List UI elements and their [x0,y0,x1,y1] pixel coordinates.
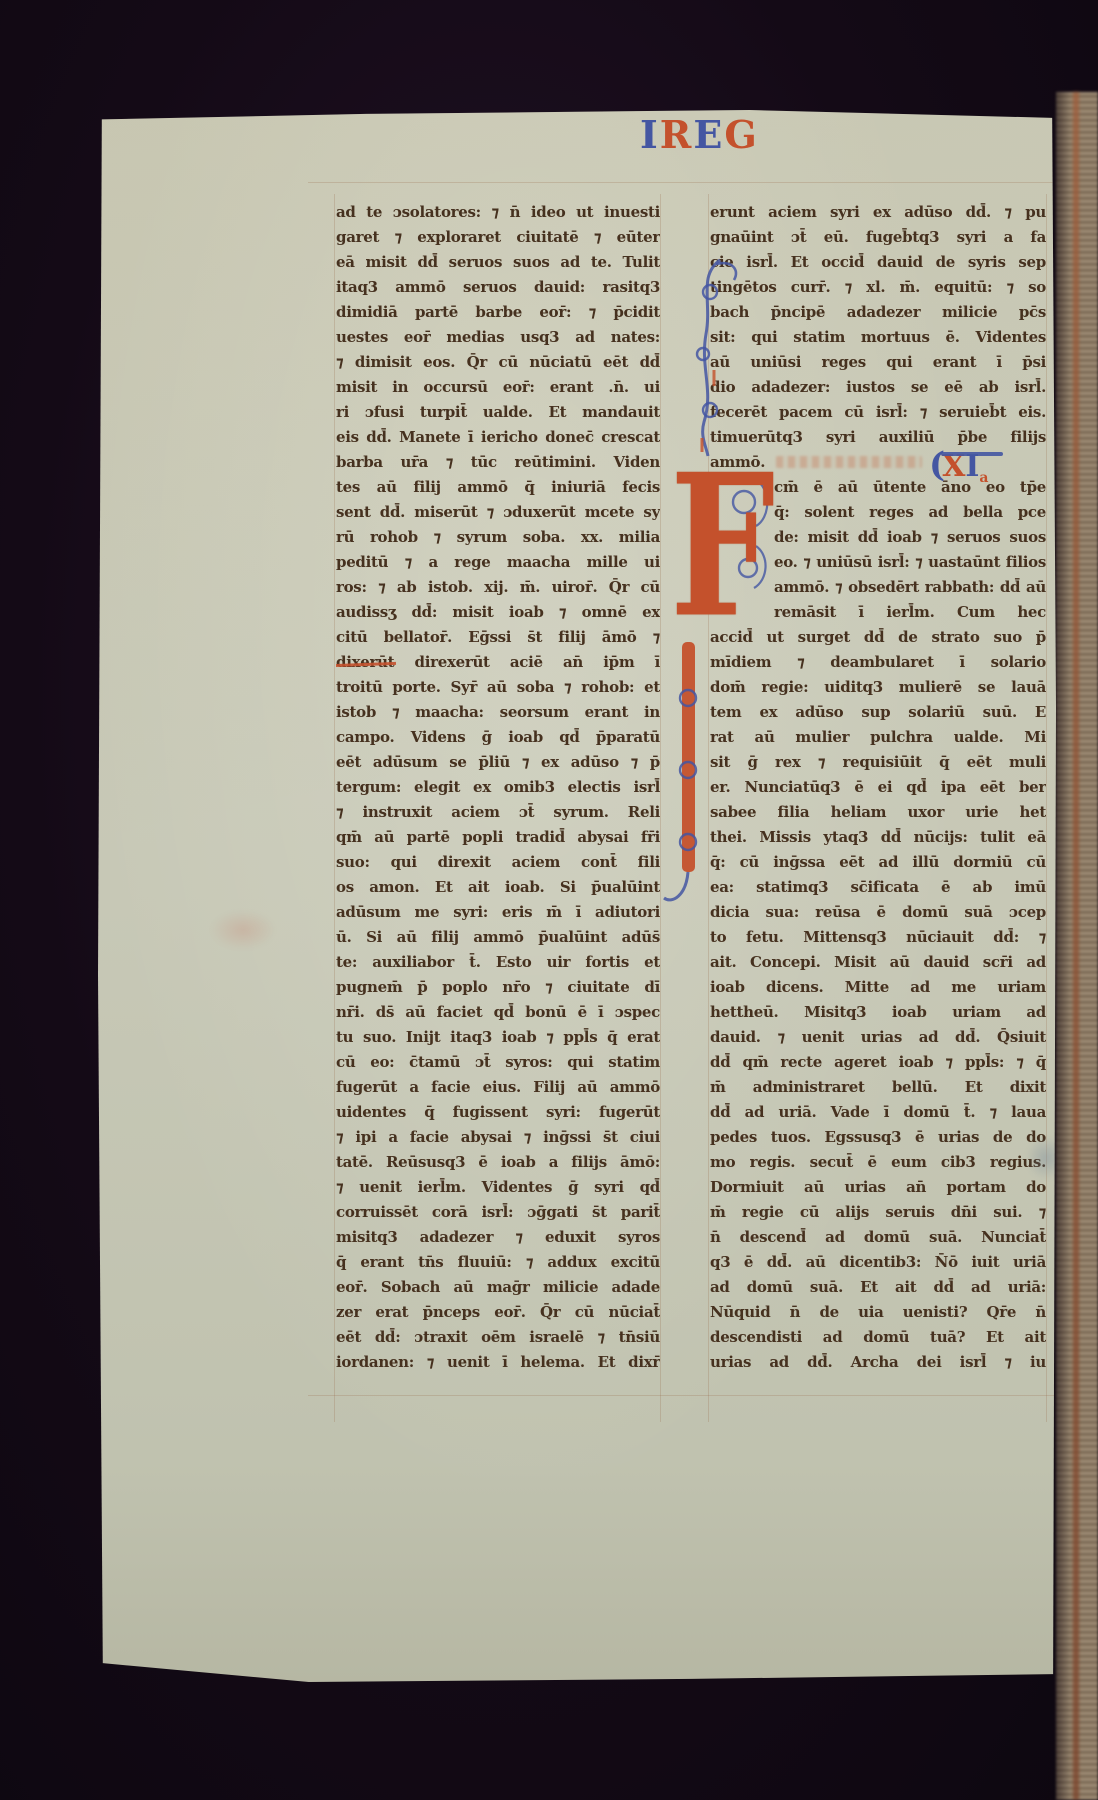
text-line: qm̄ aū partē popli tradid̄ abysai fr̄i [336,825,660,850]
text-line: m̄ regie cū alijs seruis dn̄i sui. ⁊ [710,1200,1046,1225]
chapter-numeral-x: X [942,449,965,484]
text-line: Dormiuit aū urias an̄ portam do [710,1175,1046,1200]
chapter-numeral-i: I [965,449,979,484]
text-line: mo regis. secut̄ ē eum cib3 regius. [710,1150,1046,1175]
text-line: barba ur̄a ⁊ tūc reūtimini. Viden [336,450,660,475]
text-line: pedes tuos. Egssusq3 ē urias de do [710,1125,1046,1150]
text-line: nr̄i. ds̄ aū faciet qd̄ bonū ē ī ɔspec [336,1000,660,1025]
text-line: ⁊ dimisit eos. Q̄r cū nūciatū eēt dd̄ [336,350,660,375]
text-line: ri ɔfusi turpit̄ ualde. Et mandauit [336,400,660,425]
bookmark-ribbon [1073,92,1079,1800]
text-line: zer erat p̄nceps eor̄. Q̄r cū nūciat̄ [336,1300,660,1325]
text-line: n̄ descend̄ ad domū suā. Nunciat̄ [710,1225,1046,1250]
text-line: os amon. Et ait ioab. Si p̄ualūint [336,875,660,900]
ruling-line [1046,194,1047,1422]
text-line: tatē. Reūsusq3 ē ioab a filijs āmō: [336,1150,660,1175]
text-line: pugnem̄ p̄ poplo nr̄o ⁊ ciuitate dī [336,975,660,1000]
running-title: IREG [640,116,759,154]
text-line: eis dd̄. Manete ī iericho donec̄ crescat [336,425,660,450]
text-line: rū rohob ⁊ syrum soba. xx. milia [336,525,660,550]
text-line: dd̄ ad uriā. Vade ī domū t̄. ⁊ laua [710,1100,1046,1125]
text-line: dauid. ⁊ uenit urias ad dd̄. Q̄siuit [710,1025,1046,1050]
text-line: garet ⁊ exploraret ciuitatē ⁊ eūter [336,225,660,250]
text-line: ⁊ uenit ierl̄m. Videntes ḡ syri qd̄ [336,1175,660,1200]
running-title-letter: R [660,112,694,157]
ruling-line [308,1395,1068,1396]
text-line: citū bellator̄. Eḡssi s̄t filij āmō ⁊ [336,625,660,650]
chapter-number-marker: (XIa [929,448,989,485]
text-line: misitq3 adadezer ⁊ eduxit syros [336,1225,660,1250]
text-line: fugerūt a facie eius. Filij aū ammō [336,1075,660,1100]
text-line: ad te ɔsolatores: ⁊ n̄ ideo ut inuesti [336,200,660,225]
text-line: gnaūint ɔt̄ eū. fugeb̄tq3 syri a fa [710,225,1046,250]
text-line: ⁊ instruxit aciem ɔt̄ syrum. Reli [336,800,660,825]
text-line: m̄ administraret bellū. Et dixit [710,1075,1046,1100]
text-line: dd̄ qm̄ recte ageret ioab ⁊ ppl̄s: ⁊ q̄ [710,1050,1046,1075]
ruling-line [334,194,335,1422]
text-line: istob ⁊ maacha: seorsum erant in [336,700,660,725]
text-line: ū. Si aū filij ammō p̄ualūint adūs̄ [336,925,660,950]
text-line: misit in occursū eor̄: erant .n̄. ui [336,375,660,400]
text-line: tu suo. Inijt itaq3 ioab ⁊ ppl̄s q̄ erat [336,1025,660,1050]
text-line: tergum: elegit ex omib3 electis isrl̄ [336,775,660,800]
numeral-flourish: a [979,470,988,486]
text-line: corruissēt corā isrl̄: ɔḡgati s̄t parit̄ [336,1200,660,1225]
running-title-letter: G [724,112,758,157]
text-line: adūsum me syri: eris m̄ ī adiutori [336,900,660,925]
text-column-left: ad te ɔsolatores: ⁊ n̄ ideo ut inuestiga… [336,200,660,1375]
text-line: urias ad dd̄. Archa dei isrl̄ ⁊ iu [710,1350,1046,1375]
ruling-line [308,182,1068,183]
text-line: eēt adūsum se p̄liū ⁊ ex adūso ⁊ p̄ [336,750,660,775]
text-line: audissʒ dd̄: misit ioab ⁊ omnē ex [336,600,660,625]
photo-background: IREG ad te ɔsolatores: ⁊ n̄ ideo ut inue… [0,0,1098,1800]
text-line: eēt dd̄: ɔtraxit oēm israelē ⁊ tn̄siū [336,1325,660,1350]
text-line: campo. Videns ḡ ioab qd̄ p̄paratū [336,725,660,750]
text-line: Nūquid n̄ de uia uenisti? Qr̄e n̄ [710,1300,1046,1325]
text-line: descendisti ad domū tuā? Et ait [710,1325,1046,1350]
text-line: ros: ⁊ ab istob. xij. m̄. uiror̄. Q̄r cū [336,575,660,600]
text-line: tes aū filij ammō q̄ iniuriā fecis [336,475,660,500]
manuscript-page: IREG ad te ɔsolatores: ⁊ n̄ ideo ut inue… [98,110,1056,1682]
text-line: erunt aciem syri ex adūso dd̄. ⁊ pu [710,200,1046,225]
ink-offset-stain [210,910,276,950]
text-line: cū eo: c̄tamū ɔt̄ syros: qui statim [336,1050,660,1075]
paraph-mark: ( [929,445,942,485]
text-line: uestes eor̄ medias usq3 ad nates: [336,325,660,350]
running-title-letter: I [640,112,660,157]
text-line: uidentes q̄ fugissent syri: fugerūt [336,1100,660,1125]
text-line: q̄ erant tn̄s fluuiū: ⁊ addux excitū [336,1250,660,1275]
text-line: troitū porte. Syr̄ aū soba ⁊ rohob: et [336,675,660,700]
text-line: eā misit dd̄ seruos suos ad te. Tulit [336,250,660,275]
text-line: ⁊ ipi a facie abysai ⁊ inḡssi s̄t ciui [336,1125,660,1150]
text-line: itaq3 ammō seruos dauid: rasitq3 [336,275,660,300]
text-line: te: auxiliabor t̄. Esto uir fortis et [336,950,660,975]
text-line: ad domū suā. Et ait dd̄ ad uriā: [710,1275,1046,1300]
text-line: peditū ⁊ a rege maacha mille ui [336,550,660,575]
text-line: dimidiā partē barbe eor̄: ⁊ p̄cidit [336,300,660,325]
expunged-word: dixerūt [336,653,394,671]
book-fore-edge [1056,92,1098,1800]
text-line: q3 ē dd̄. aū dicentib3: N̄ō iuit uriā [710,1250,1046,1275]
chapter-initial-letter: F [670,448,775,643]
text-line: sent dd̄. miserūt ⁊ ɔduxerūt mcete sy [336,500,660,525]
text-line: iordanen: ⁊ uenit ī helema. Et dixr̄ [336,1350,660,1375]
faded-rubric [776,456,922,468]
text-line: dixerūt direxerūt aciē an̄ ip̄m ī [336,650,660,675]
text-line: suo: qui direxit aciem cont̄ fili [336,850,660,875]
running-title-letter: E [693,112,724,157]
text-line: eor̄. Sobach aū maḡr milicie adade [336,1275,660,1300]
decorated-initial: F [656,250,788,1020]
